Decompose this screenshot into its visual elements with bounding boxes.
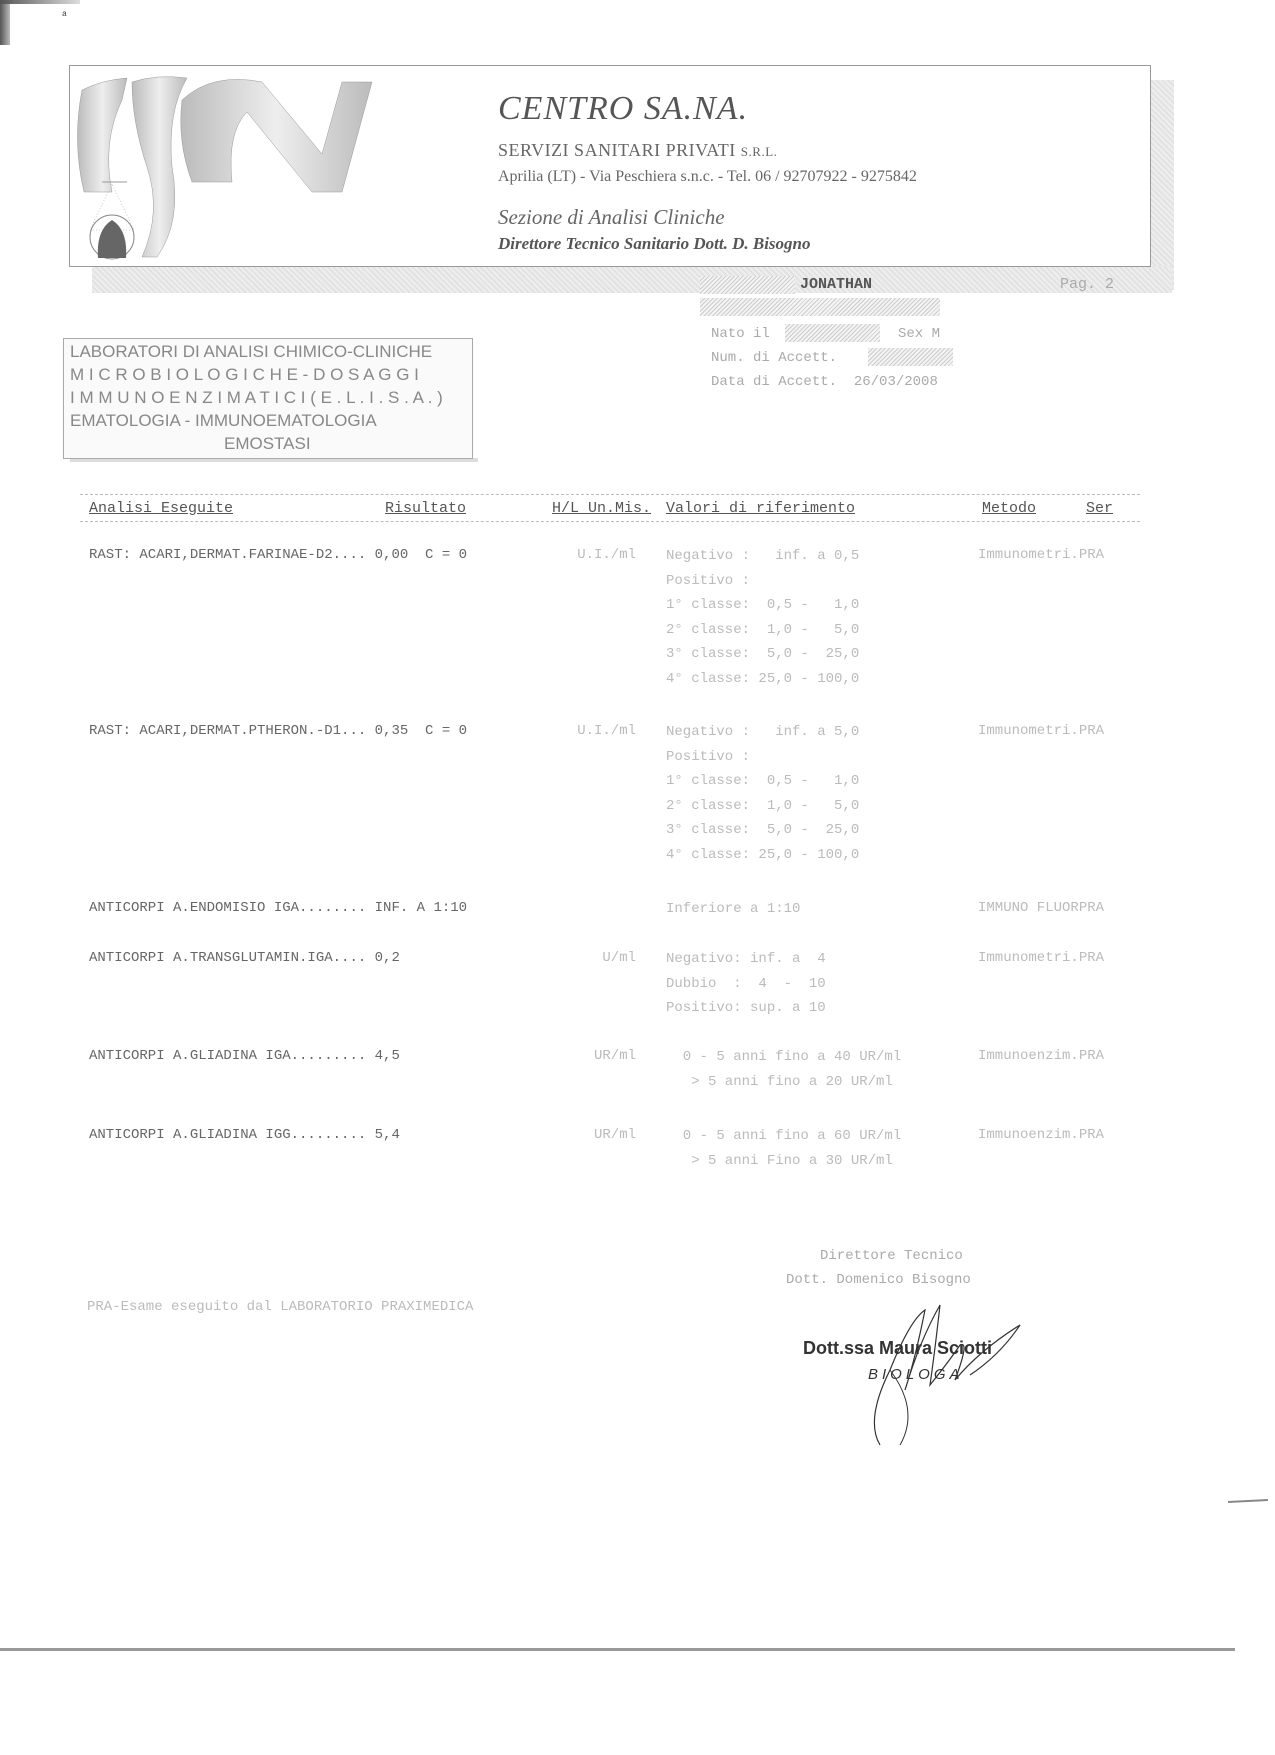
redacted-address — [700, 298, 940, 316]
company-suffix: S.R.L. — [741, 144, 778, 159]
accession-date-label: Data di Accett. 26/03/2008 — [711, 374, 938, 390]
redacted-accession-number — [868, 348, 953, 366]
section-title: Sezione di Analisi Cliniche — [498, 205, 725, 230]
lab-line: EMATOLOGIA - IMMUNOEMATOLOGIA — [70, 411, 377, 431]
reference-line: 4° classe: 25,0 - 100,0 — [666, 667, 859, 692]
reference-line: Negativo: inf. a 4 — [666, 947, 826, 972]
row-reference-values: 0 - 5 anni fino a 40 UR/ml > 5 anni fino… — [666, 1045, 901, 1094]
row-reference-values: Negativo: inf. a 4Dubbio : 4 - 10Positiv… — [666, 947, 826, 1021]
reference-line: Negativo : inf. a 5,0 — [666, 720, 859, 745]
row-analysis-result: ANTICORPI A.TRANSGLUTAMIN.IGA.... 0,2 — [89, 950, 400, 966]
director-name: Dott. Domenico Bisogno — [786, 1272, 971, 1288]
reference-line: Dubbio : 4 - 10 — [666, 972, 826, 997]
signature-icon — [860, 1300, 1060, 1450]
reference-line: 0 - 5 anni fino a 40 UR/ml — [666, 1045, 901, 1070]
reference-line: > 5 anni fino a 20 UR/ml — [666, 1070, 901, 1095]
accession-number-label: Num. di Accett. — [711, 350, 837, 366]
page-number: Pag. 2 — [1060, 276, 1114, 293]
scan-corner-shadow — [0, 0, 10, 45]
sex-label: Sex M — [898, 326, 940, 342]
header-hl-unit: H/L Un.Mis. — [552, 500, 651, 517]
row-method: IMMUNO FLUORPRA — [978, 900, 1104, 916]
company-address: Aprilia (LT) - Via Peschiera s.n.c. - Te… — [498, 168, 917, 186]
reference-line: Inferiore a 1:10 — [666, 897, 800, 922]
reference-line: 2° classe: 1,0 - 5,0 — [666, 794, 859, 819]
reference-line: Positivo: sup. a 10 — [666, 996, 826, 1021]
row-analysis-result: RAST: ACARI,DERMAT.FARINAE-D2.... 0,00 C… — [89, 547, 467, 563]
reference-line: 0 - 5 anni fino a 60 UR/ml — [666, 1124, 901, 1149]
scan-mark — [1228, 1499, 1268, 1503]
reference-line: Positivo : — [666, 569, 859, 594]
header-reference: Valori di riferimento — [666, 500, 855, 517]
header-method: Metodo — [982, 500, 1036, 517]
reference-line: 3° classe: 5,0 - 25,0 — [666, 818, 859, 843]
scan-corner-shadow — [0, 0, 80, 4]
born-label: Nato il — [711, 326, 770, 342]
header-shadow — [92, 266, 1172, 293]
lab-line: LABORATORI DI ANALISI CHIMICO-CLINICHE — [70, 342, 432, 362]
company-type: SERVIZI SANITARI PRIVATI — [498, 140, 736, 160]
row-reference-values: Negativo : inf. a 0,5Positivo :1° classe… — [666, 544, 859, 691]
reference-line: Negativo : inf. a 0,5 — [666, 544, 859, 569]
reference-line: 4° classe: 25,0 - 100,0 — [666, 843, 859, 868]
row-method: Immunoenzim.PRA — [978, 1127, 1104, 1143]
row-analysis-result: ANTICORPI A.GLIADINA IGA......... 4,5 — [89, 1048, 400, 1064]
row-unit: U.I./ml — [556, 723, 636, 739]
row-method: Immunometri.PRA — [978, 723, 1104, 739]
accession-date: 26/03/2008 — [854, 374, 938, 390]
company-subtitle: SERVIZI SANITARI PRIVATI S.R.L. — [498, 140, 777, 161]
reference-line: 3° classe: 5,0 - 25,0 — [666, 642, 859, 667]
reference-line: 2° classe: 1,0 - 5,0 — [666, 618, 859, 643]
divider — [80, 521, 1140, 522]
row-reference-values: Negativo : inf. a 5,0Positivo :1° classe… — [666, 720, 859, 867]
lab-line: EMOSTASI — [224, 434, 311, 454]
company-logo-icon — [72, 72, 452, 262]
accession-date-label-text: Data di Accett. — [711, 374, 837, 390]
technical-director: Direttore Tecnico Sanitario Dott. D. Bis… — [498, 234, 810, 254]
redacted-birthdate — [785, 324, 880, 342]
header-shadow — [1150, 80, 1174, 290]
header-service: Ser — [1086, 500, 1113, 517]
row-unit: U/ml — [556, 950, 636, 966]
reference-line: > 5 anni Fino a 30 UR/ml — [666, 1149, 901, 1174]
lab-line: M I C R O B I O L O G I C H E - D O S A … — [70, 365, 419, 385]
lab-note: PRA-Esame eseguito dal LABORATORIO PRAXI… — [87, 1299, 473, 1315]
row-unit: UR/ml — [556, 1048, 636, 1064]
company-name: CENTRO SA.NA. — [498, 90, 748, 128]
page-bottom-rule — [0, 1648, 1235, 1651]
row-analysis-result: ANTICORPI A.ENDOMISIO IGA........ INF. A… — [89, 900, 467, 916]
row-analysis-result: RAST: ACARI,DERMAT.PTHERON.-D1... 0,35 C… — [89, 723, 467, 739]
director-title: Direttore Tecnico — [820, 1248, 963, 1264]
reference-line: Positivo : — [666, 745, 859, 770]
row-method: Immunometri.PRA — [978, 547, 1104, 563]
redacted-surname — [700, 276, 795, 294]
lab-line: I M M U N O E N Z I M A T I C I ( E . L … — [70, 388, 443, 408]
patient-name: JONATHAN — [800, 276, 872, 293]
reference-line: 1° classe: 0,5 - 1,0 — [666, 593, 859, 618]
row-method: Immunoenzim.PRA — [978, 1048, 1104, 1064]
row-method: Immunometri.PRA — [978, 950, 1104, 966]
divider — [80, 494, 1140, 495]
lab-services-box: LABORATORI DI ANALISI CHIMICO-CLINICHE M… — [63, 338, 473, 459]
row-analysis-result: ANTICORPI A.GLIADINA IGG......... 5,4 — [89, 1127, 400, 1143]
scan-mark: a — [62, 10, 67, 19]
row-unit: UR/ml — [556, 1127, 636, 1143]
row-reference-values: 0 - 5 anni fino a 60 UR/ml > 5 anni Fino… — [666, 1124, 901, 1173]
row-unit: U.I./ml — [556, 547, 636, 563]
header-analysis: Analisi Eseguite — [89, 500, 233, 517]
reference-line: 1° classe: 0,5 - 1,0 — [666, 769, 859, 794]
row-reference-values: Inferiore a 1:10 — [666, 897, 800, 922]
header-result: Risultato — [385, 500, 466, 517]
